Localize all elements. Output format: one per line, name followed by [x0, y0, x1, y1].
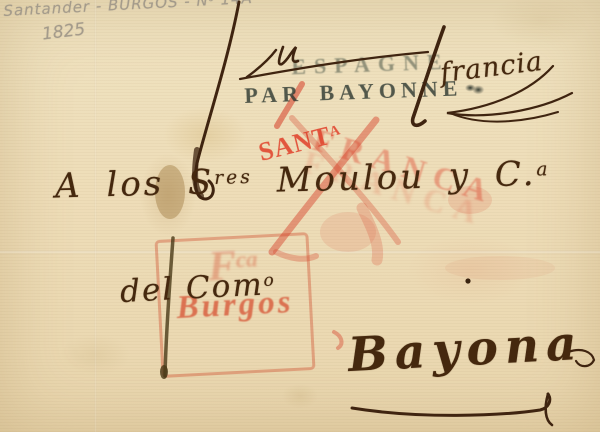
firm-superscript: o [263, 270, 276, 291]
pencil-route-text: Santander - BURGOS - N [3, 0, 209, 20]
postal-cover-scan: SANTA FRANCA FRANCA Fca Burgos ESPAGNE P… [0, 0, 600, 432]
address-name: Moulou y C. [252, 154, 537, 201]
pencil-year-annotation: 1825 [41, 19, 86, 44]
pencil-route-annotation: Santander - BURGOS - No 14A [3, 0, 253, 20]
pencil-route-number: 14A [214, 0, 253, 9]
address-superscript-res: res [214, 167, 253, 189]
vertical-fold-crease [94, 0, 97, 432]
address-superscript-a: a [536, 159, 551, 180]
destination-city: Bayona [347, 316, 585, 383]
firm-text: del Com [119, 267, 264, 310]
address-start: A los S [55, 162, 215, 206]
